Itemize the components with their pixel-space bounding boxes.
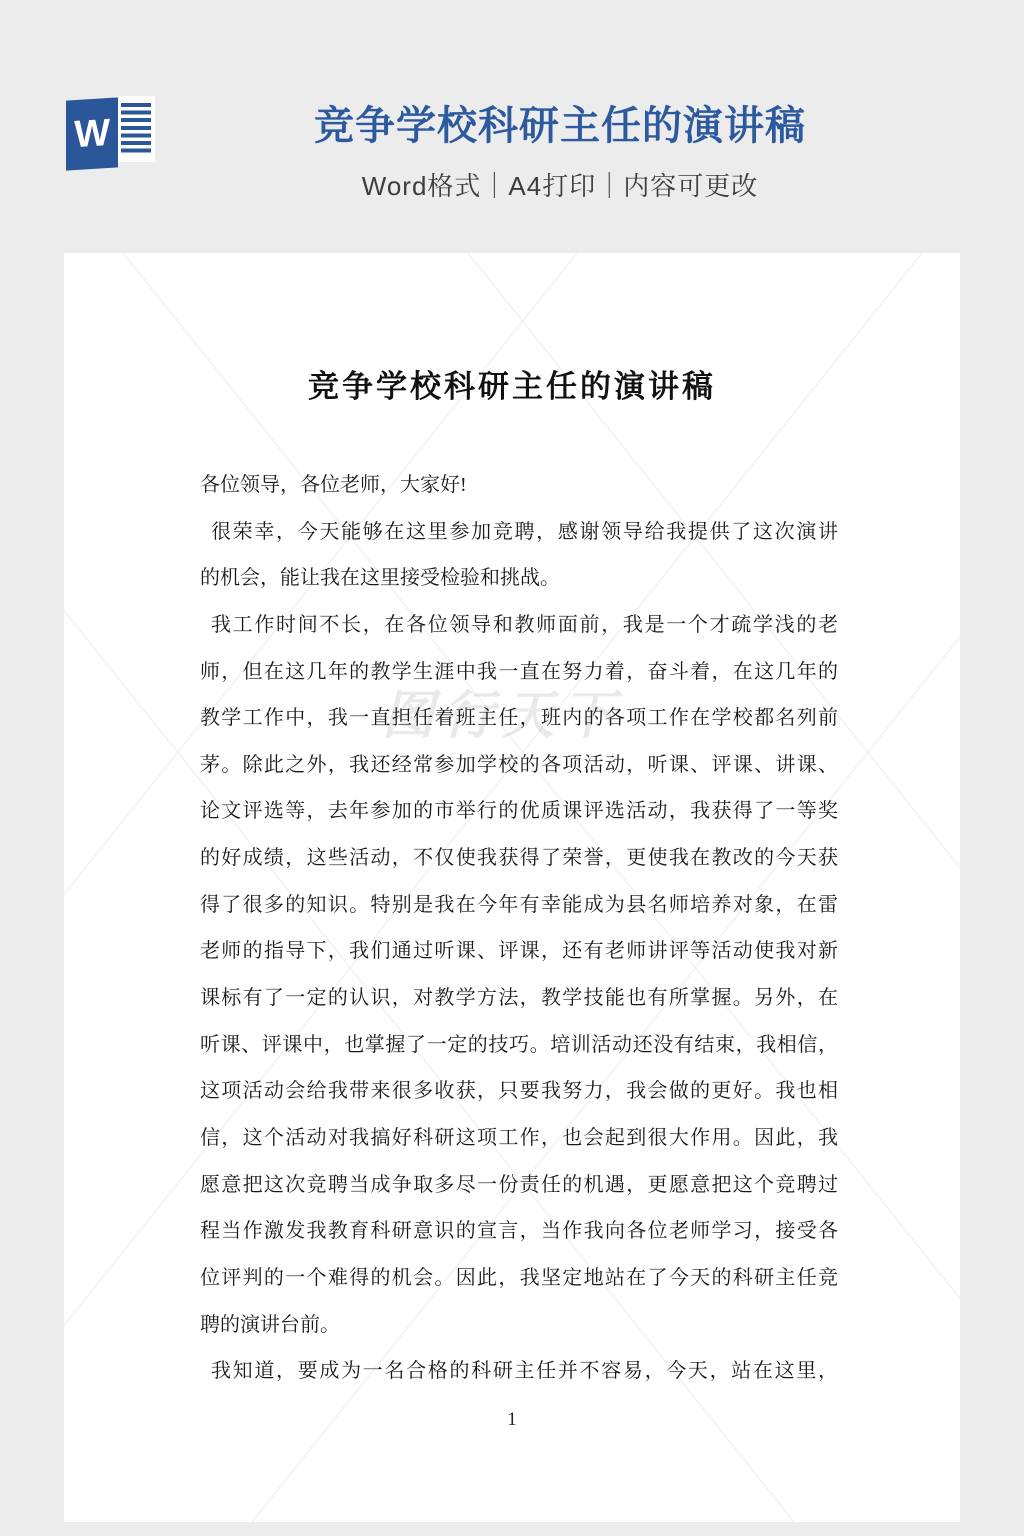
- word-icon-letter: W: [74, 114, 110, 154]
- page-number: 1: [64, 1409, 960, 1431]
- doc-line: 我工作时间不长，在各位领导和教师面前，我是一个才疏学浅的老: [200, 602, 838, 649]
- doc-line: 很荣幸，今天能够在这里参加竞聘，感谢领导给我提供了这次演讲: [200, 509, 838, 556]
- doc-line: 信，这个活动对我搞好科研这项工作，也会起到很大作用。因此，我: [200, 1115, 838, 1162]
- word-icon-flag: W: [66, 97, 118, 170]
- document-title: 竞争学校科研主任的演讲稿: [64, 361, 960, 406]
- doc-line: 师，但在这几年的教学生涯中我一直在努力着，奋斗着，在这几年的: [200, 649, 838, 696]
- template-title: 竞争学校科研主任的演讲稿: [96, 94, 1024, 151]
- doc-line: 论文评选等，去年参加的市举行的优质课评选活动，我获得了一等奖: [200, 788, 838, 835]
- doc-line: 得了很多的知识。特别是我在今年有幸能成为县名师培养对象，在雷: [200, 882, 838, 929]
- doc-line: 听课、评课中，也掌握了一定的技巧。培训活动还没有结束，我相信，: [200, 1022, 838, 1069]
- doc-line: 茅。除此之外，我还经常参加学校的各项活动，听课、评课、讲课、: [200, 742, 838, 789]
- document-page: 图行天下 竞争学校科研主任的演讲稿 各位领导，各位老师，大家好! 很荣幸，今天能…: [64, 253, 960, 1522]
- doc-line: 各位领导，各位老师，大家好!: [200, 462, 838, 509]
- header-text-block: 竞争学校科研主任的演讲稿 Word格式｜A4打印｜内容可更改: [0, 0, 1024, 203]
- header-banner: W 竞争学校科研主任的演讲稿 Word格式｜A4打印｜内容可更改: [0, 0, 1024, 253]
- template-subtitle: Word格式｜A4打印｜内容可更改: [96, 166, 1024, 203]
- doc-line: 教学工作中，我一直担任着班主任，班内的各项工作在学校都名列前: [200, 695, 838, 742]
- doc-line: 我知道，要成为一名合格的科研主任并不容易，今天，站在这里，: [200, 1348, 838, 1395]
- doc-line: 聘的演讲台前。: [200, 1302, 838, 1349]
- doc-line: 愿意把这次竞聘当成争取多尽一份责任的机遇，更愿意把这个竞聘过: [200, 1162, 838, 1209]
- doc-line: 的好成绩，这些活动，不仅使我获得了荣誉，更使我在教改的今天获: [200, 835, 838, 882]
- doc-line: 的机会，能让我在这里接受检验和挑战。: [200, 555, 838, 602]
- doc-line: 老师的指导下，我们通过听课、评课，还有老师讲评等活动使我对新: [200, 928, 838, 975]
- doc-line: 课标有了一定的认识，对教学方法，教学技能也有所掌握。另外，在: [200, 975, 838, 1022]
- doc-line: 这项活动会给我带来很多收获，只要我努力，我会做的更好。我也相: [200, 1068, 838, 1115]
- doc-line: 程当作激发我教育科研意识的宣言，当作我向各位老师学习，接受各: [200, 1208, 838, 1255]
- document-body: 各位领导，各位老师，大家好! 很荣幸，今天能够在这里参加竞聘，感谢领导给我提供了…: [200, 462, 838, 1395]
- doc-line: 位评判的一个难得的机会。因此，我坚定地站在了今天的科研主任竞: [200, 1255, 838, 1302]
